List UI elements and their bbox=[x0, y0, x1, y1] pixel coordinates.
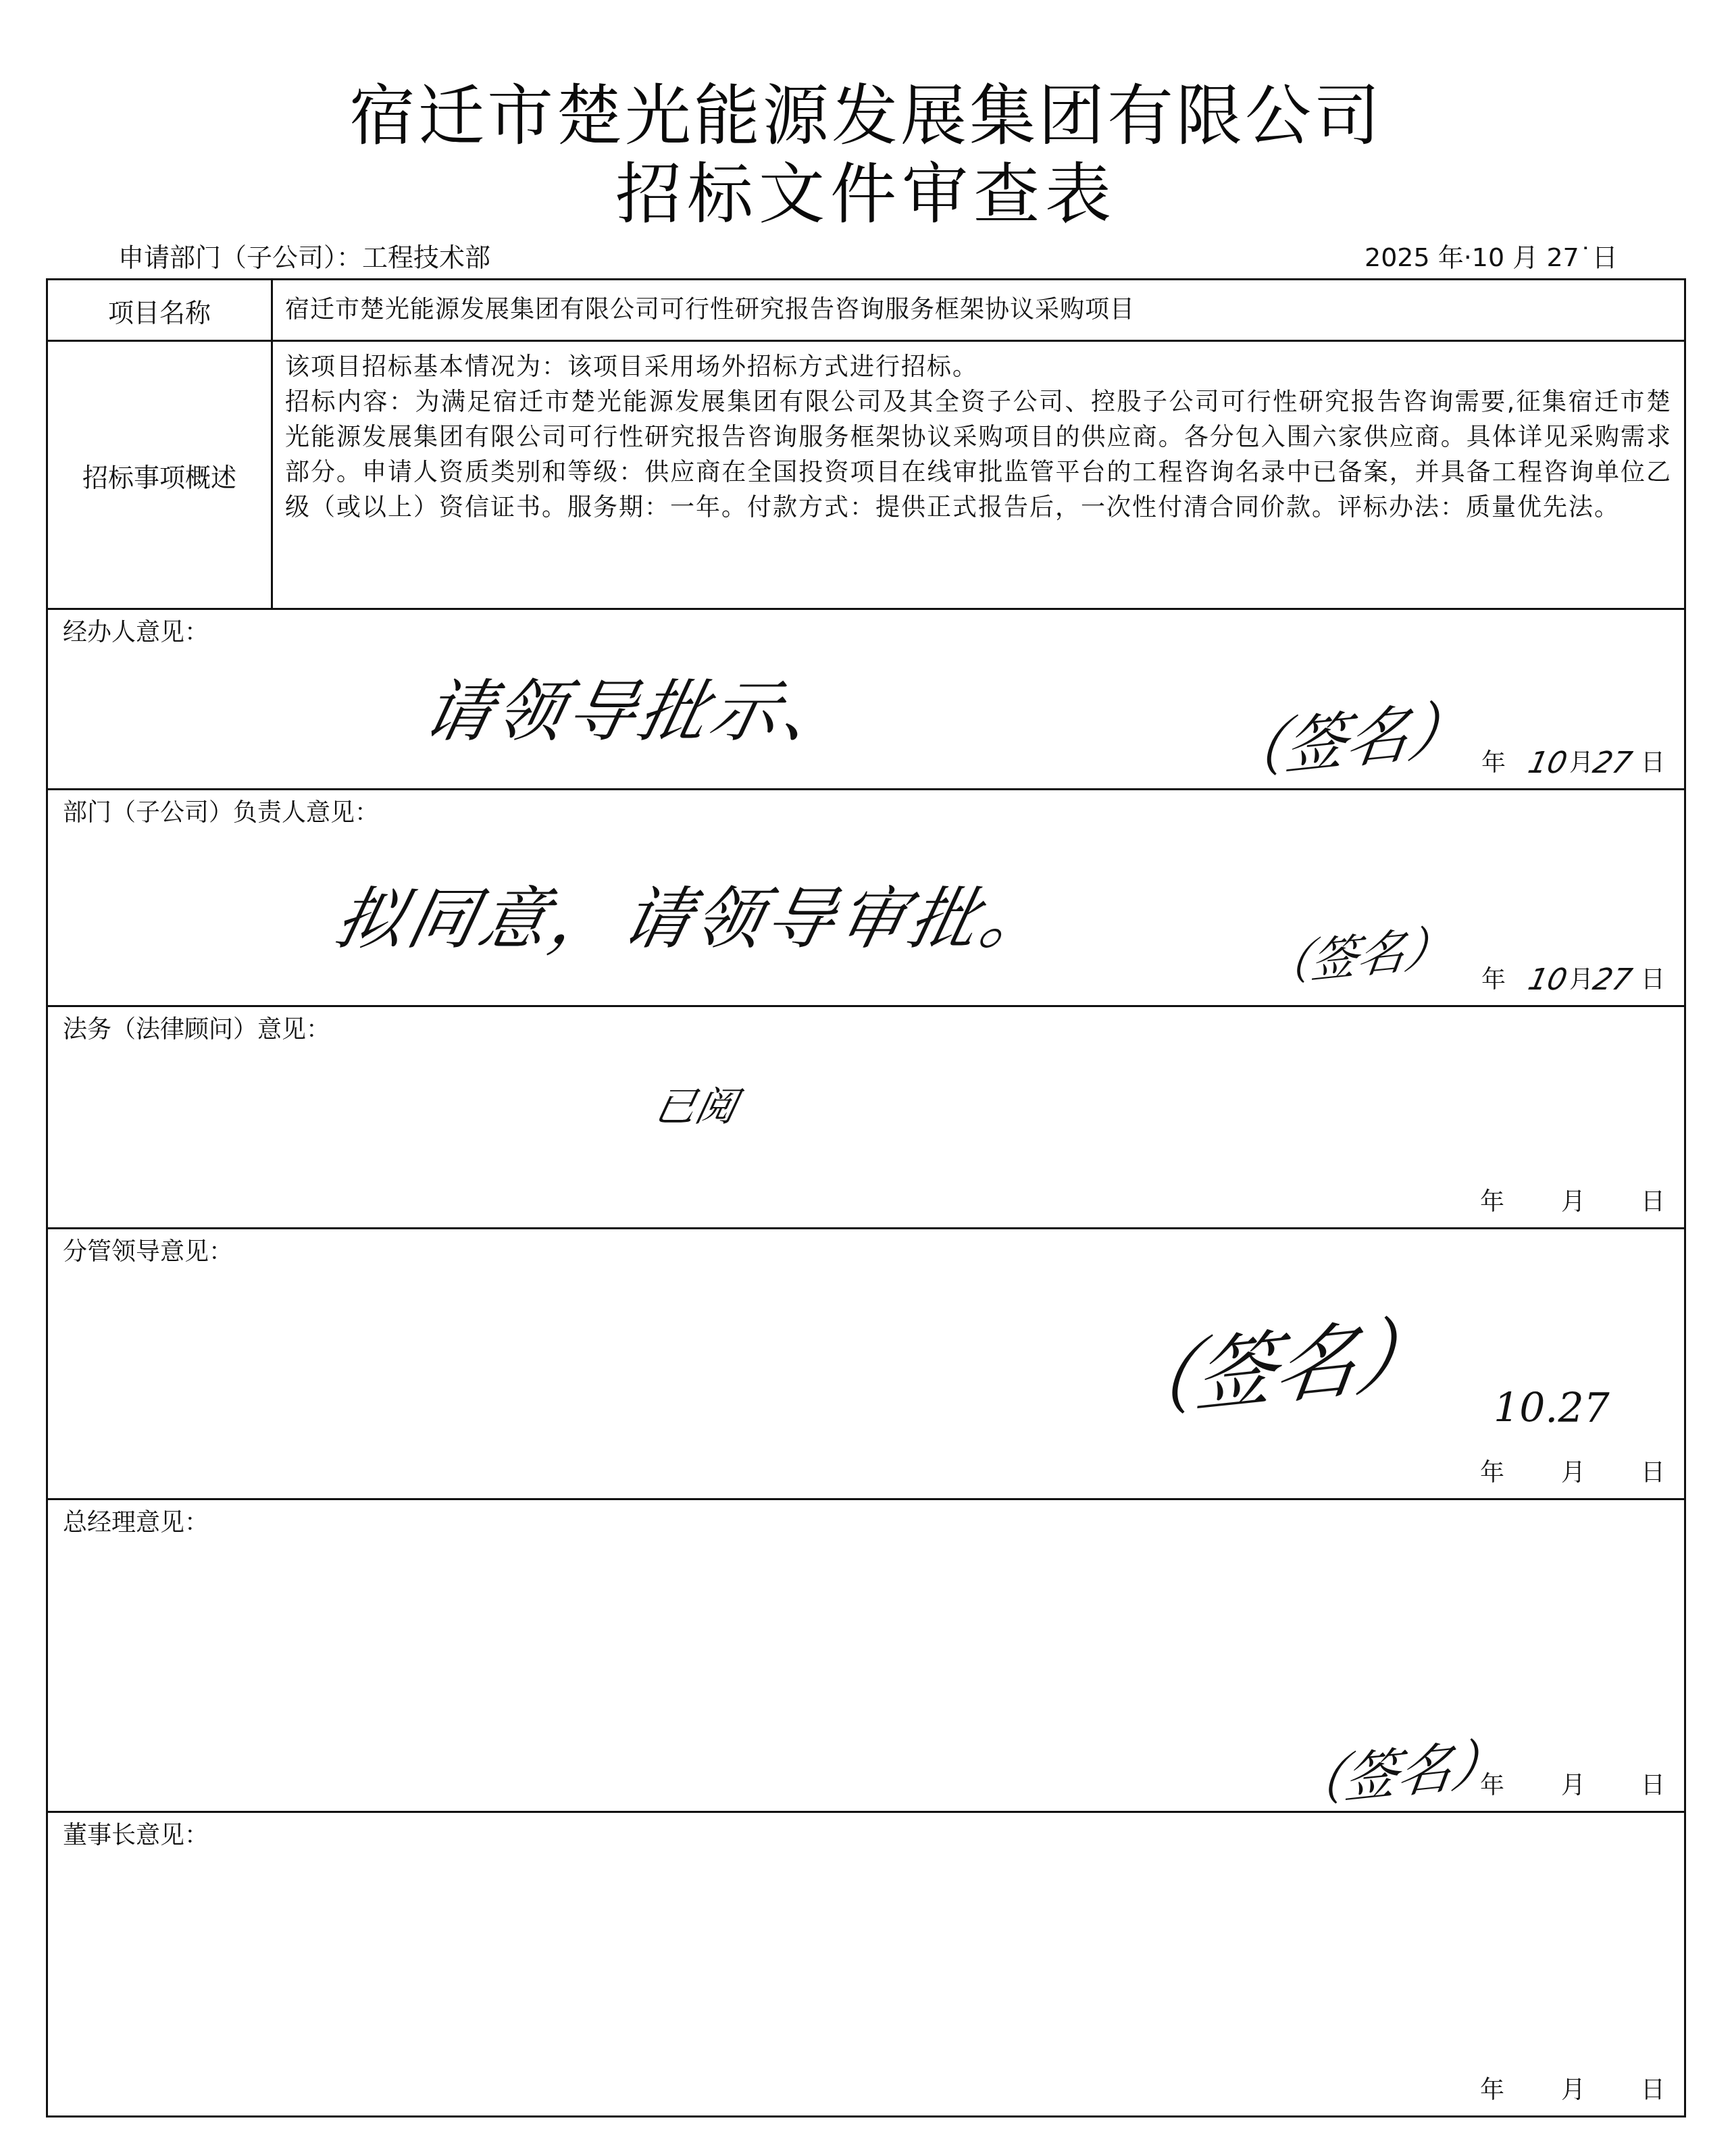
date-month-handwritten: 10 bbox=[1525, 965, 1573, 996]
summary-line: 招标内容：为满足宿迁市楚光能源发展集团有限公司及其全资子公司、控股子公司可行性研… bbox=[285, 385, 1672, 525]
project-name-label: 项目名称 bbox=[47, 280, 272, 341]
opinion-label: 部门（子公司）负责人意见： bbox=[63, 797, 379, 829]
company-title: 宿迁市楚光能源发展集团有限公司 bbox=[0, 76, 1732, 157]
date-day: 日 bbox=[1585, 1187, 1665, 1218]
date-month-handwritten: 10 bbox=[1525, 748, 1573, 779]
date-month: 月 bbox=[1569, 748, 1594, 779]
handwritten-comment: 已阅 bbox=[650, 1075, 743, 1133]
summary-label: 招标事项概述 bbox=[47, 341, 272, 609]
signature-date: 年 月 日 bbox=[1480, 2075, 1665, 2106]
handwritten-signature: （签名） bbox=[1260, 908, 1458, 997]
opinion-row-supervising-leader: 分管领导意见： （签名） 10.27 年 月 日 bbox=[47, 1229, 1685, 1499]
review-form-table: 项目名称 宿迁市楚光能源发展集团有限公司可行性研究报告咨询服务框架协议采购项目 … bbox=[46, 278, 1686, 2117]
department-value: 工程技术部 bbox=[362, 242, 490, 272]
opinion-label: 董事长意见： bbox=[63, 1820, 209, 1852]
date-day: 日 bbox=[1585, 1770, 1665, 1801]
project-name-value: 宿迁市楚光能源发展集团有限公司可行性研究报告咨询服务框架协议采购项目 bbox=[272, 280, 1685, 341]
department-label: 申请部门（子公司）： bbox=[118, 242, 362, 272]
handwritten-signature: （签名） bbox=[1218, 677, 1478, 794]
date-year: 年 bbox=[1481, 748, 1529, 779]
opinion-label: 分管领导意见： bbox=[63, 1236, 233, 1268]
opinion-label: 法务（法律顾问）意见： bbox=[63, 1014, 330, 1046]
project-name-row: 项目名称 宿迁市楚光能源发展集团有限公司可行性研究报告咨询服务框架协议采购项目 bbox=[47, 280, 1685, 341]
date-day-handwritten: 27 bbox=[1590, 748, 1644, 779]
signature-date: 年 月 日 bbox=[1480, 1770, 1665, 1801]
signature-date: 年 10 月 27 日 bbox=[1481, 748, 1665, 779]
opinion-label: 经办人意见： bbox=[63, 617, 209, 649]
date-month: 月 bbox=[1527, 1187, 1585, 1218]
opinion-row-general-manager: 总经理意见： （签名） 年 月 日 bbox=[47, 1499, 1685, 1812]
date-year: 年 bbox=[1480, 1187, 1527, 1218]
handwritten-signature: （签名） bbox=[1108, 1285, 1447, 1438]
date-year: 年 bbox=[1480, 1770, 1527, 1801]
summary-row: 招标事项概述 该项目招标基本情况为：该项目采用场外招标方式进行招标。 招标内容：… bbox=[47, 341, 1685, 609]
summary-line: 该项目招标基本情况为：该项目采用场外招标方式进行招标。 bbox=[285, 350, 1672, 385]
signature-date: 年 月 日 bbox=[1480, 1187, 1665, 1218]
date-month: 月 bbox=[1569, 965, 1594, 996]
opinion-row-department-head: 部门（子公司）负责人意见： 拟同意，请领导审批。 （签名） 年 10 月 27 … bbox=[47, 790, 1685, 1006]
date-month: 月 bbox=[1527, 2075, 1585, 2106]
date-month: 月 bbox=[1527, 1458, 1585, 1489]
date-day-handwritten: 27 bbox=[1590, 965, 1644, 996]
signature-date: 年 10 月 27 日 bbox=[1481, 965, 1665, 996]
date-day: 日 bbox=[1641, 965, 1665, 996]
date-day: 日 bbox=[1585, 2075, 1665, 2106]
date-year: 年 bbox=[1480, 1458, 1527, 1489]
opinion-label: 总经理意见： bbox=[63, 1507, 209, 1539]
handwritten-comment: 请领导批示、 bbox=[416, 657, 867, 754]
summary-value: 该项目招标基本情况为：该项目采用场外招标方式进行招标。 招标内容：为满足宿迁市楚… bbox=[272, 341, 1685, 609]
date-day: 日 bbox=[1641, 748, 1665, 779]
date-day: 日 bbox=[1585, 1458, 1665, 1489]
handwritten-date: 10.27 bbox=[1494, 1385, 1610, 1432]
date-year: 年 bbox=[1481, 965, 1529, 996]
opinion-row-legal: 法务（法律顾问）意见： 已阅 年 月 日 bbox=[47, 1006, 1685, 1229]
form-title: 招标文件审查表 bbox=[0, 154, 1732, 235]
opinion-row-handler: 经办人意见： 请领导批示、 （签名） 年 10 月 27 日 bbox=[47, 609, 1685, 790]
signature-date: 年 月 日 bbox=[1480, 1458, 1665, 1489]
handwritten-signature: （签名） bbox=[1286, 1718, 1512, 1820]
handwritten-comment: 拟同意，请领导审批。 bbox=[328, 865, 1065, 962]
date-year: 年 bbox=[1480, 2075, 1527, 2106]
opinion-row-chairman: 董事长意见： 年 月 日 bbox=[47, 1812, 1685, 2117]
application-date: 2025 年·10 月 27˙日 bbox=[1365, 240, 1618, 274]
applicant-department: 申请部门（子公司）：工程技术部 bbox=[118, 240, 490, 274]
date-month: 月 bbox=[1527, 1770, 1585, 1801]
